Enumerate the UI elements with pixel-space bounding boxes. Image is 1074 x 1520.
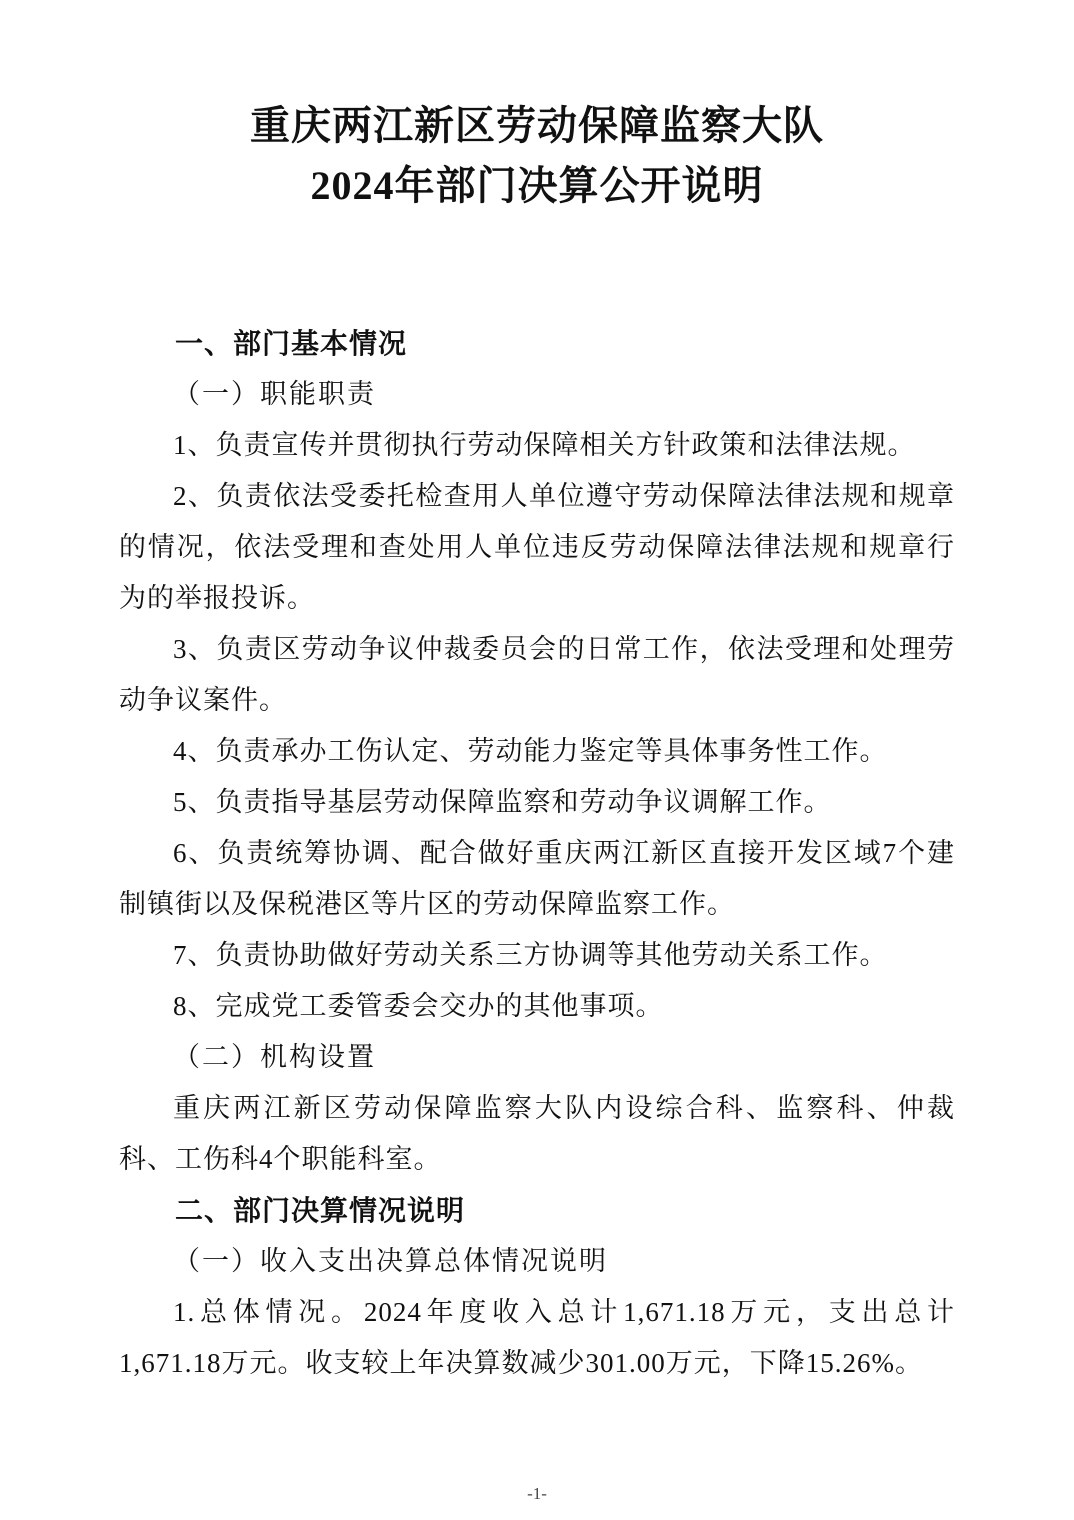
- section-heading: 二、部门决算情况说明: [119, 1185, 955, 1236]
- paragraph: 4、负责承办工伤认定、劳动能力鉴定等具体事务性工作。: [119, 726, 955, 777]
- document-body: 一、部门基本情况 （一）职能职责 1、负责宣传并贯彻执行劳动保障相关方针政策和法…: [0, 318, 1074, 1389]
- paragraph: 1、负责宣传并贯彻执行劳动保障相关方针政策和法律法规。: [119, 420, 955, 471]
- paragraph: 1.总体情况。2024年度收入总计1,671.18万元，支出总计1,671.18…: [119, 1287, 955, 1389]
- section-heading: 一、部门基本情况: [119, 318, 955, 369]
- page-number: -1-: [0, 1484, 1074, 1504]
- subsection-heading: （二）机构设置: [119, 1032, 955, 1083]
- paragraph: 6、负责统筹协调、配合做好重庆两江新区直接开发区域7个建制镇街以及保税港区等片区…: [119, 828, 955, 930]
- paragraph: 重庆两江新区劳动保障监察大队内设综合科、监察科、仲裁科、工伤科4个职能科室。: [119, 1083, 955, 1185]
- subsection-heading: （一）职能职责: [119, 369, 955, 420]
- document-page: 重庆两江新区劳动保障监察大队 2024年部门决算公开说明 一、部门基本情况 （一…: [0, 0, 1074, 1520]
- document-title-line2: 2024年部门决算公开说明: [0, 156, 1074, 216]
- subsection-heading: （一）收入支出决算总体情况说明: [119, 1236, 955, 1287]
- paragraph: 2、负责依法受委托检查用人单位遵守劳动保障法律法规和规章的情况，依法受理和查处用…: [119, 471, 955, 624]
- paragraph: 3、负责区劳动争议仲裁委员会的日常工作，依法受理和处理劳动争议案件。: [119, 624, 955, 726]
- paragraph: 8、完成党工委管委会交办的其他事项。: [119, 981, 955, 1032]
- paragraph: 7、负责协助做好劳动关系三方协调等其他劳动关系工作。: [119, 930, 955, 981]
- document-title: 重庆两江新区劳动保障监察大队 2024年部门决算公开说明: [0, 0, 1074, 216]
- document-title-line1: 重庆两江新区劳动保障监察大队: [0, 96, 1074, 156]
- paragraph: 5、负责指导基层劳动保障监察和劳动争议调解工作。: [119, 777, 955, 828]
